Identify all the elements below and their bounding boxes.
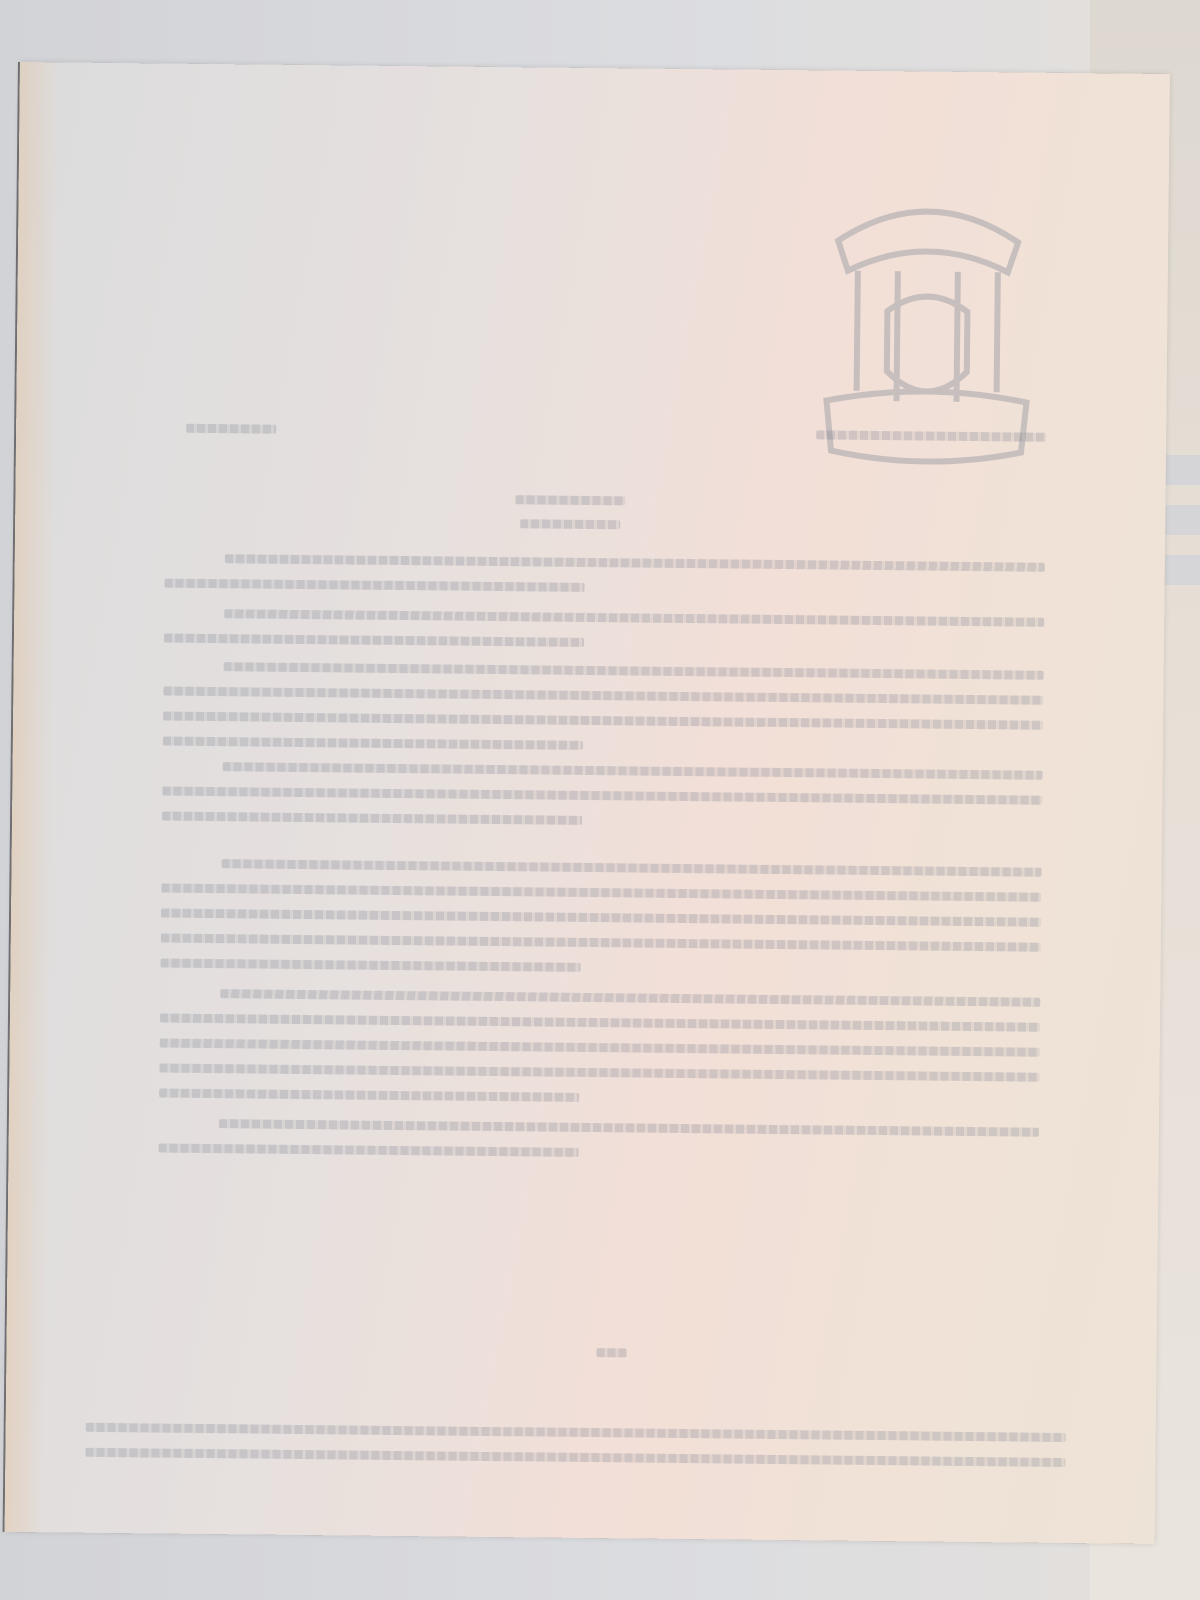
heading-line-1-bar — [515, 495, 625, 505]
letter-page: [illegible] [illegible] [illegible] [ill… — [5, 62, 1170, 1544]
paragraph-line — [163, 737, 583, 750]
paragraph: [illegible faded typewritten text] — [20, 62, 21, 63]
paragraph-line — [163, 712, 1043, 730]
date-line-right: [illegible] — [20, 62, 21, 63]
paragraph-line — [159, 1144, 579, 1157]
paragraph-line — [164, 634, 584, 647]
date-line-left-bar — [186, 424, 276, 434]
coat-of-arms-icon — [806, 170, 1049, 472]
paragraph-line — [159, 1064, 1039, 1082]
paragraph: [illegible faded typewritten text] — [20, 62, 21, 63]
heading-line-2-bar — [520, 519, 620, 529]
paragraph-line — [160, 1039, 1040, 1057]
footer-line — [86, 1423, 1066, 1442]
paragraph-line — [225, 554, 1045, 572]
paragraph-line — [160, 1014, 1040, 1032]
paragraph-line — [159, 1089, 579, 1102]
paragraph: [illegible faded typewritten text] — [20, 62, 21, 63]
footer-line — [85, 1448, 1065, 1467]
paragraph-line — [161, 884, 1041, 902]
paragraph-line — [161, 959, 581, 972]
heading-line-2: [illegible] — [20, 62, 21, 63]
letter-body: [illegible faded typewritten text][illeg… — [20, 62, 1170, 74]
paragraph-line — [161, 934, 1041, 952]
paragraph-line — [162, 812, 582, 825]
paragraph: [illegible faded typewritten text] — [20, 62, 21, 63]
paragraph-line — [219, 1119, 1039, 1137]
paragraph-line — [161, 909, 1041, 927]
paragraph-line — [165, 579, 585, 592]
paragraph-line — [222, 859, 1042, 877]
paragraph: [illegible faded typewritten text] — [20, 62, 21, 63]
paragraph-line — [224, 609, 1044, 627]
paragraph-line — [163, 687, 1043, 705]
paragraph: [illegible faded typewritten text] — [20, 62, 21, 63]
paragraph: [illegible faded typewritten text] — [20, 62, 21, 63]
paragraph-line — [220, 989, 1040, 1007]
date-line-left: [illegible] — [20, 62, 21, 63]
paragraph-line — [224, 662, 1044, 680]
page-marker — [596, 1348, 626, 1357]
paragraph-line — [162, 787, 1042, 805]
paragraph-line — [223, 762, 1043, 780]
heading-line-1: [illegible] — [20, 62, 21, 63]
